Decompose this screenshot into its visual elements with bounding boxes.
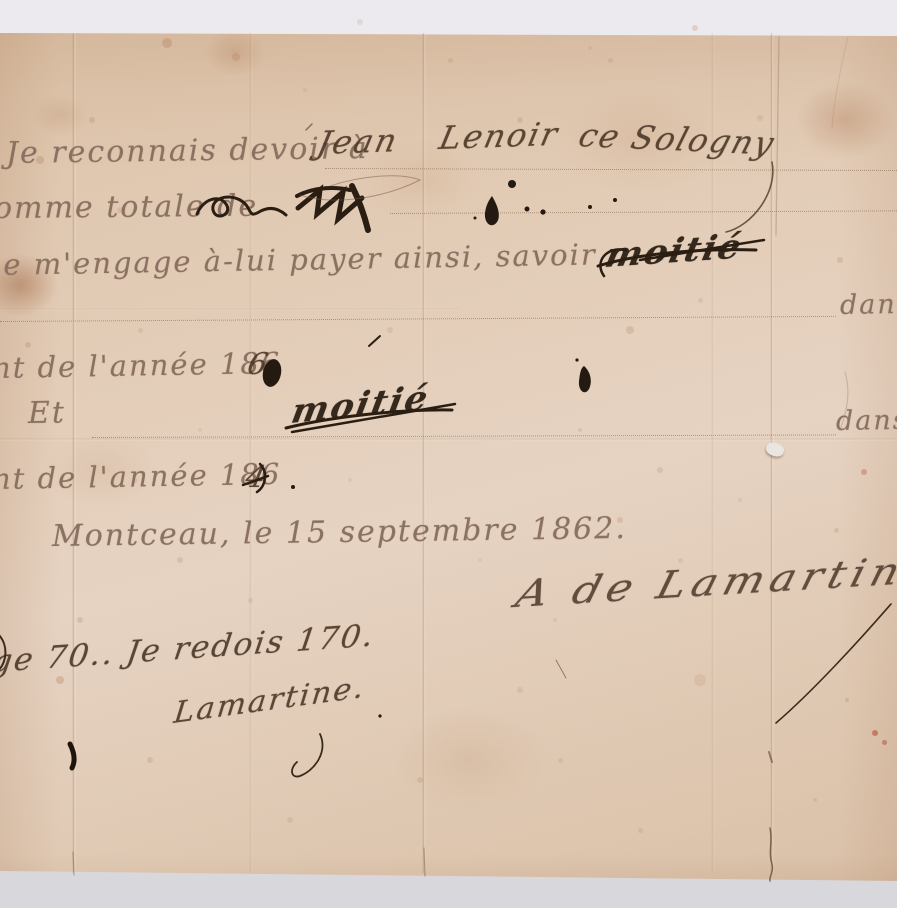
foxing-spot [694, 674, 706, 686]
foxing-spot [448, 58, 453, 63]
printed-sum-line: omme totale de [0, 189, 258, 226]
photo-of-document: Je reconnais devoir à omme totale de ie … [0, 0, 897, 908]
foxing-spot [757, 115, 763, 121]
foxing-spot [517, 687, 523, 693]
foxing-spot [558, 758, 563, 763]
foxing-spot [248, 598, 253, 603]
foxing-spot [608, 58, 613, 63]
foxing-spot [517, 117, 523, 123]
foxing-spot [287, 817, 293, 823]
foxing-spot [232, 53, 240, 61]
foxing-spot [89, 117, 95, 123]
printed-et: Et [28, 395, 67, 431]
fold-crease-horizontal [0, 438, 897, 441]
foxing-spot [198, 428, 202, 432]
foxing-spot [177, 557, 183, 563]
rust-spot [872, 730, 878, 736]
printed-year-line-1: nt de l'année 186 [0, 346, 282, 385]
foxing-spot [56, 676, 64, 684]
printed-dans-1: dans [840, 289, 897, 321]
foxing-spot [698, 298, 703, 303]
printed-dans-2: dans [836, 405, 897, 437]
foxing-spot [617, 517, 623, 523]
foxing-spot [845, 698, 849, 702]
foxing-spot [77, 617, 83, 623]
handwritten-payee-first-name: Jean [314, 121, 402, 162]
foxing-spot [348, 478, 352, 482]
foxing-spot [738, 498, 742, 502]
foxing-spot [417, 777, 423, 783]
printed-opening-line: Je reconnais devoir à [6, 131, 369, 171]
fold-crease-horizontal-faint [0, 308, 460, 311]
foxing-spot [133, 478, 138, 483]
foxing-spot [25, 342, 31, 348]
rust-spot [882, 740, 887, 745]
foxing-spot [357, 19, 363, 25]
handwritten-payee-last-name: Lenoir [436, 115, 563, 157]
foxing-spot [553, 618, 557, 622]
foxing-spot [147, 757, 153, 763]
foxing-spot [588, 46, 592, 50]
foxing-spot [657, 467, 663, 473]
foxing-spot [138, 328, 143, 333]
foxing-spot [303, 88, 307, 92]
foxing-spot [328, 638, 332, 642]
foxing-spot [626, 326, 634, 334]
foxing-spot [578, 428, 582, 432]
foxing-spot [813, 798, 817, 802]
foxing-spot [478, 558, 482, 562]
foxing-spot [162, 38, 172, 48]
foxing-spot [117, 207, 123, 213]
fold-crease-center [422, 33, 426, 873]
foxing-spot [692, 25, 698, 31]
foxing-spot [837, 257, 843, 263]
foxing-spot [387, 327, 393, 333]
foxing-spot [678, 558, 683, 563]
foxing-spot [638, 828, 643, 833]
rust-spot [861, 469, 867, 475]
printed-year-line-2: nt de l'année 186 [0, 457, 282, 496]
foxing-spot [834, 528, 839, 533]
foxing-spot [36, 156, 44, 164]
